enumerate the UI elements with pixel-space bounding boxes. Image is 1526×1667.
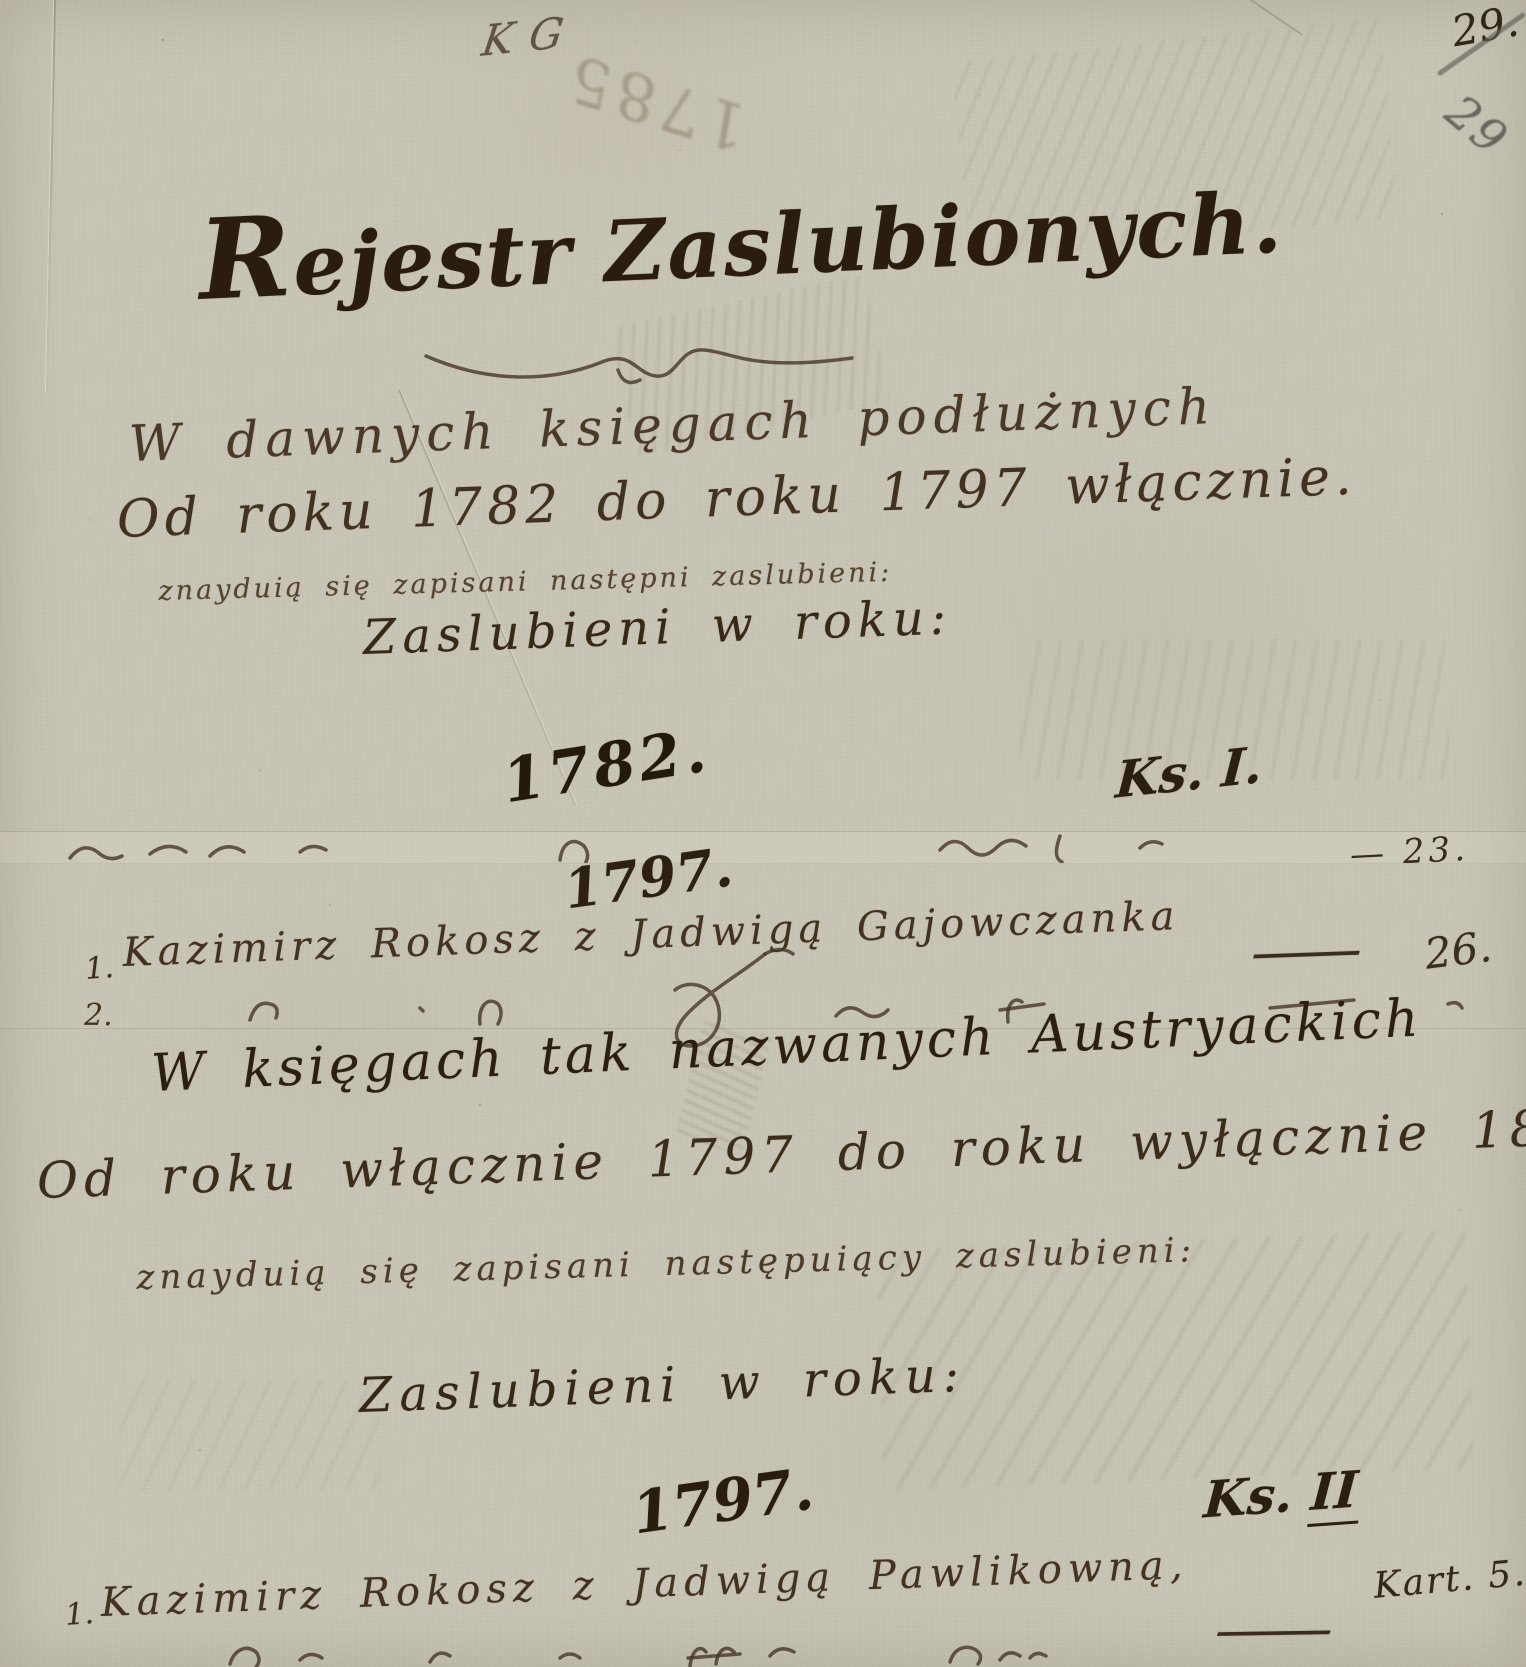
entry-number: 1.: [84, 950, 115, 987]
austrian-intro-small: znayduią się zapisani następuiący zaslub…: [136, 1230, 1197, 1298]
entry-number: 1.: [64, 1596, 95, 1633]
cutoff-text-strokes: [0, 1642, 1526, 1667]
entry-names: Kazimirz Rokosz z Jadwigą Pawlikowną,: [100, 1542, 1189, 1626]
austrian-intro-line1: Od roku włącznie 1797 do roku wyłącznie …: [36, 1097, 1526, 1210]
scan-seam-cutoff-line: — 23.: [0, 831, 1526, 864]
cutoff-text-strokes: [0, 832, 1526, 863]
paper-crease: [1240, 0, 1302, 35]
manuscript-page: 1785 KG 29. 29 Rejestr Zaslubionych. W d…: [0, 0, 1526, 1667]
entry-page-number: 26.: [1422, 922, 1494, 979]
entry-dash: —: [1243, 914, 1368, 986]
title-flourish: [420, 336, 860, 392]
married-in-year-heading: Zaslubieni w roku:: [358, 1347, 967, 1424]
bottom-cutoff-line: [0, 1642, 1526, 1667]
year-1782: 1782.: [498, 715, 714, 817]
book-numeral-underlined: II: [1308, 1459, 1363, 1527]
pencil-page-number: 29: [1435, 84, 1519, 167]
married-in-year-heading: Zaslubieni w roku:: [362, 589, 953, 666]
book-number-one: Ks. I.: [1114, 735, 1265, 810]
ink-bleedthrough: [120, 1380, 380, 1490]
book-number-two: Ks. II: [1202, 1459, 1363, 1529]
book-prefix: Ks.: [1202, 1464, 1295, 1530]
crossed-page-number: 29.: [1448, 0, 1522, 56]
entry-page-ref: Kart. 5.: [1372, 1553, 1526, 1607]
year-1797-austrian: 1797.: [628, 1455, 817, 1548]
register-title: Rejestr Zaslubionych.: [196, 149, 1286, 326]
paper-crease: [46, 0, 56, 392]
bleedthrough-year: 1785: [565, 35, 745, 167]
cutoff-page-ref: — 23.: [1349, 831, 1470, 864]
